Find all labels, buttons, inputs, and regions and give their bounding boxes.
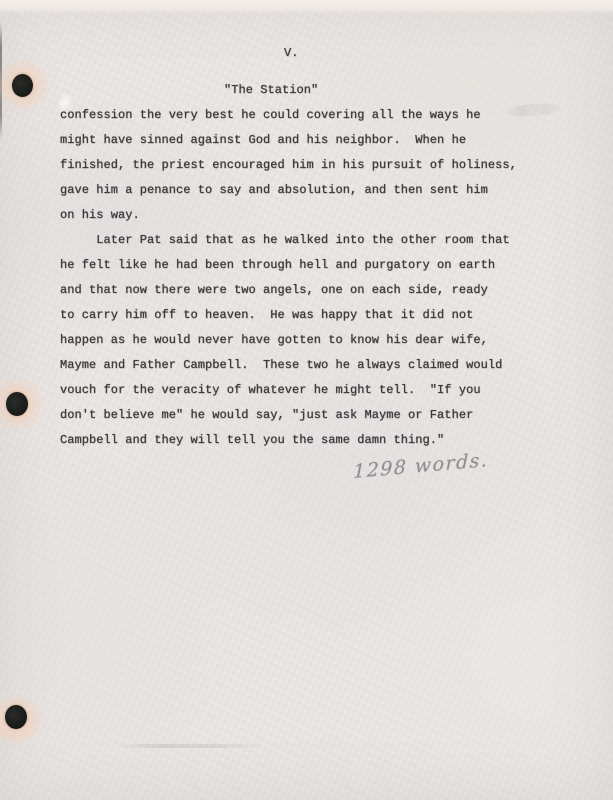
typed-line: Campbell and they will tell you the same… [60,433,444,447]
typed-line: to carry him off to heaven. He was happy… [60,308,473,322]
typed-line: on his way. [60,208,140,222]
typed-line: confession the very best he could coveri… [60,108,481,122]
hole-punch-bottom [5,705,27,729]
chapter-number: V. [284,46,299,60]
typed-line: happen as he would never have gotten to … [60,333,488,347]
typed-line: don't believe me" he would say, "just as… [60,408,473,422]
hole-punch-top [12,74,33,97]
hole-punch-middle [6,392,28,416]
chapter-title: "The Station" [224,83,318,97]
pencil-smudge [505,102,564,118]
typed-line: vouch for the veracity of whatever he mi… [60,383,481,397]
word-count-annotation: 1298 words. [353,449,489,483]
scanned-manuscript-page: V. "The Station" confession the very bes… [0,0,613,800]
typed-line: Mayme and Father Campbell. These two he … [60,358,502,372]
typed-line: he felt like he had been through hell an… [60,258,495,272]
typed-line: might have sinned against God and his ne… [60,133,466,147]
paper-crease [115,744,265,748]
typed-line: and that now there were two angels, one … [60,283,488,297]
scan-top-light-band [0,0,613,14]
typed-line: finished, the priest encouraged him in h… [60,158,517,172]
typed-line: Later Pat said that as he walked into th… [60,233,510,247]
typed-line: gave him a penance to say and absolution… [60,183,488,197]
